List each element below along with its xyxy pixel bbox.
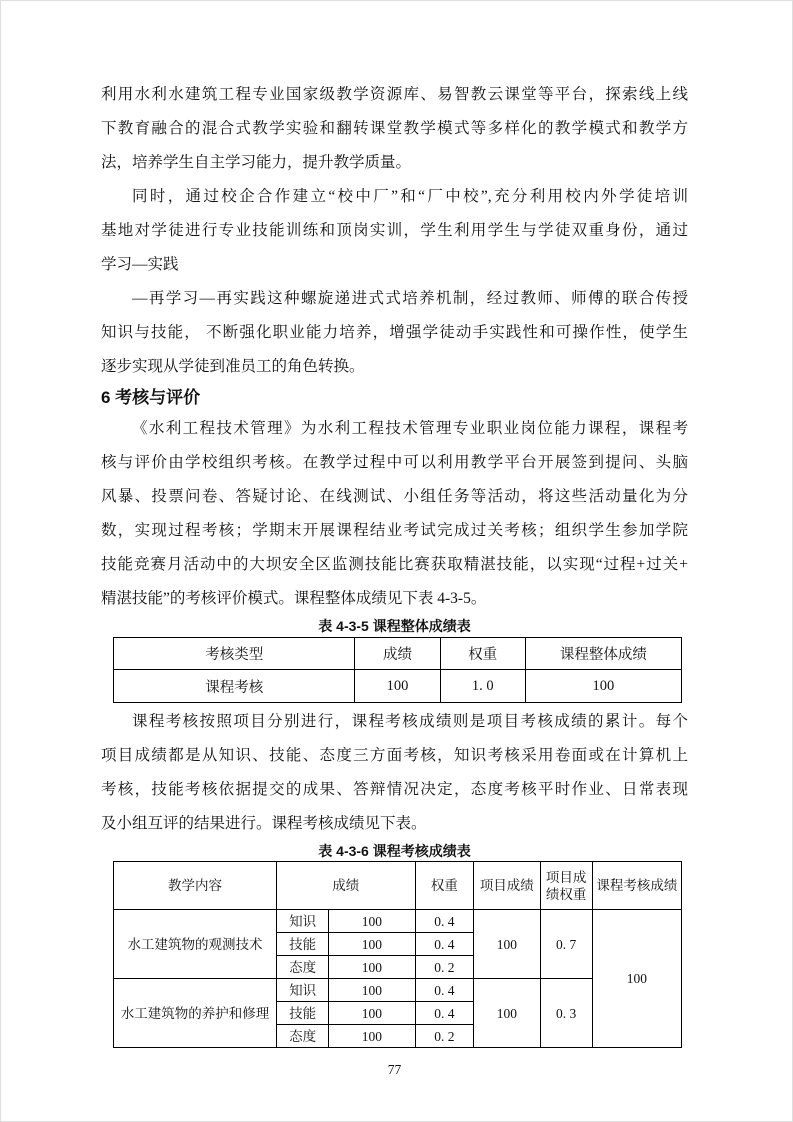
- text-line: 课程考核按照项目分别进行，课程考核成绩则是项目考核成绩的累计。每个: [101, 705, 688, 739]
- document-page: 利用水利水建筑工程专业国家级教学资源库、易智教云课堂等平台，探索线上线 下教育融…: [0, 0, 793, 1122]
- text-line: 法，培养学生自主学习能力，提升教学质量。: [101, 146, 688, 180]
- table-cell: 0. 2: [415, 1025, 474, 1048]
- text-line: 精湛技能”的考核评价模式。课程整体成绩见下表 4-3-5。: [101, 582, 688, 616]
- course-score-cell: 100: [592, 910, 681, 1048]
- table-cell: 0. 4: [415, 933, 474, 956]
- table-cell: 课程考核: [114, 670, 355, 703]
- column-header: 权重: [415, 862, 474, 910]
- column-header: 权重: [440, 638, 525, 670]
- section-heading: 6 考核与评价: [101, 384, 688, 412]
- text-line: —再学习—再实践这种螺旋递进式式培养机制，经过教师、师傅的联合传授: [101, 282, 688, 316]
- table-cell: 100: [355, 670, 440, 703]
- paragraph: 同时，通过校企合作建立“校中厂”和“厂中校”,充分利用校内外学徒培训 基地对学徒…: [101, 180, 688, 282]
- document-content: 利用水利水建筑工程专业国家级教学资源库、易智教云课堂等平台，探索线上线 下教育融…: [101, 78, 688, 1080]
- text-line: 学习—实践: [101, 248, 688, 282]
- text-line: 考核，技能考核依据提交的成果、答辩情况决定，态度考核平时作业、日常表现: [101, 773, 688, 807]
- project-weight-cell: 0. 7: [540, 910, 592, 979]
- column-header: 项目成绩: [474, 862, 540, 910]
- column-header: 课程整体成绩: [525, 638, 681, 670]
- text-line: 风暴、投票问卷、答疑讨论、在线测试、小组任务等活动，将这些活动量化为分: [101, 480, 688, 514]
- table-row: 水工建筑物的观测技术 知识 100 0. 4 100 0. 7 100: [114, 910, 682, 933]
- page-number: 77: [101, 1060, 688, 1080]
- table-cell: 态度: [277, 956, 329, 979]
- text-line: 及小组互评的结果进行。课程考核成绩见下表。: [101, 807, 688, 841]
- text-line: 同时，通过校企合作建立“校中厂”和“厂中校”,充分利用校内外学徒培训: [101, 180, 688, 214]
- table-cell: 态度: [277, 1025, 329, 1048]
- table-cell: 100: [329, 1025, 415, 1048]
- text-line: 逐步实现从学徒到准员工的角色转换。: [101, 350, 688, 384]
- table-cell: 0. 4: [415, 910, 474, 933]
- table-cell: 100: [525, 670, 681, 703]
- project-score-cell: 100: [474, 910, 540, 979]
- teaching-content-cell: 水工建筑物的观测技术: [114, 910, 277, 979]
- table-cell: 0. 4: [415, 1002, 474, 1025]
- text-line: 技能竞赛月活动中的大坝安全区监测技能比赛获取精湛技能，以实现“过程+过关+: [101, 548, 688, 582]
- column-header: 项目成绩权重: [540, 862, 592, 910]
- text-line: 知识与技能， 不断强化职业能力培养，增强学徒动手实践性和可操作性，使学生: [101, 316, 688, 350]
- column-header: 成绩: [277, 862, 416, 910]
- column-header: 教学内容: [114, 862, 277, 910]
- table-cell: 知识: [277, 979, 329, 1002]
- paragraph: 课程考核按照项目分别进行，课程考核成绩则是项目考核成绩的累计。每个 项目成绩都是…: [101, 705, 688, 841]
- paragraph: 《水利工程技术管理》为水利工程技术管理专业职业岗位能力课程，课程考 核与评价由学…: [101, 412, 688, 616]
- project-score-cell: 100: [474, 979, 540, 1048]
- text-line: 《水利工程技术管理》为水利工程技术管理专业职业岗位能力课程，课程考: [101, 412, 688, 446]
- table-cell: 0. 2: [415, 956, 474, 979]
- course-overall-score-table: 考核类型 成绩 权重 课程整体成绩 课程考核 100 1. 0 100: [113, 637, 682, 703]
- text-line: 下教育融合的混合式教学实验和翻转课堂教学模式等多样化的教学模式和教学方: [101, 112, 688, 146]
- text-line: 数，实现过程考核；学期末开展课程结业考试完成过关考核；组织学生参加学院: [101, 514, 688, 548]
- table-cell: 100: [329, 979, 415, 1002]
- table-cell: 1. 0: [440, 670, 525, 703]
- table-caption: 表 4-3-5 课程整体成绩表: [101, 616, 688, 636]
- table-cell: 100: [329, 1002, 415, 1025]
- table-cell: 100: [329, 956, 415, 979]
- paragraph: 利用水利水建筑工程专业国家级教学资源库、易智教云课堂等平台，探索线上线 下教育融…: [101, 78, 688, 180]
- column-header: 成绩: [355, 638, 440, 670]
- table-cell: 100: [329, 933, 415, 956]
- course-assessment-score-table: 教学内容 成绩 权重 项目成绩 项目成绩权重 课程考核成绩 水工建筑物的观测技术…: [113, 861, 682, 1048]
- text-line: 项目成绩都是从知识、技能、态度三方面考核，知识考核采用卷面或在计算机上: [101, 739, 688, 773]
- table-caption: 表 4-3-6 课程考核成绩表: [101, 841, 688, 861]
- column-header: 课程考核成绩: [592, 862, 681, 910]
- paragraph: —再学习—再实践这种螺旋递进式式培养机制，经过教师、师傅的联合传授 知识与技能，…: [101, 282, 688, 384]
- table-cell: 知识: [277, 910, 329, 933]
- table-cell: 100: [329, 910, 415, 933]
- text-line: 基地对学徒进行专业技能训练和顶岗实训，学生利用学生与学徒双重身份，通过: [101, 214, 688, 248]
- table-cell: 技能: [277, 933, 329, 956]
- teaching-content-cell: 水工建筑物的养护和修理: [114, 979, 277, 1048]
- text-line: 核与评价由学校组织考核。在教学过程中可以利用教学平台开展签到提问、头脑: [101, 446, 688, 480]
- project-weight-cell: 0. 3: [540, 979, 592, 1048]
- table-row: 课程考核 100 1. 0 100: [114, 670, 682, 703]
- text-line: 利用水利水建筑工程专业国家级教学资源库、易智教云课堂等平台，探索线上线: [101, 78, 688, 112]
- table-cell: 技能: [277, 1002, 329, 1025]
- column-header: 考核类型: [114, 638, 355, 670]
- table-cell: 0. 4: [415, 979, 474, 1002]
